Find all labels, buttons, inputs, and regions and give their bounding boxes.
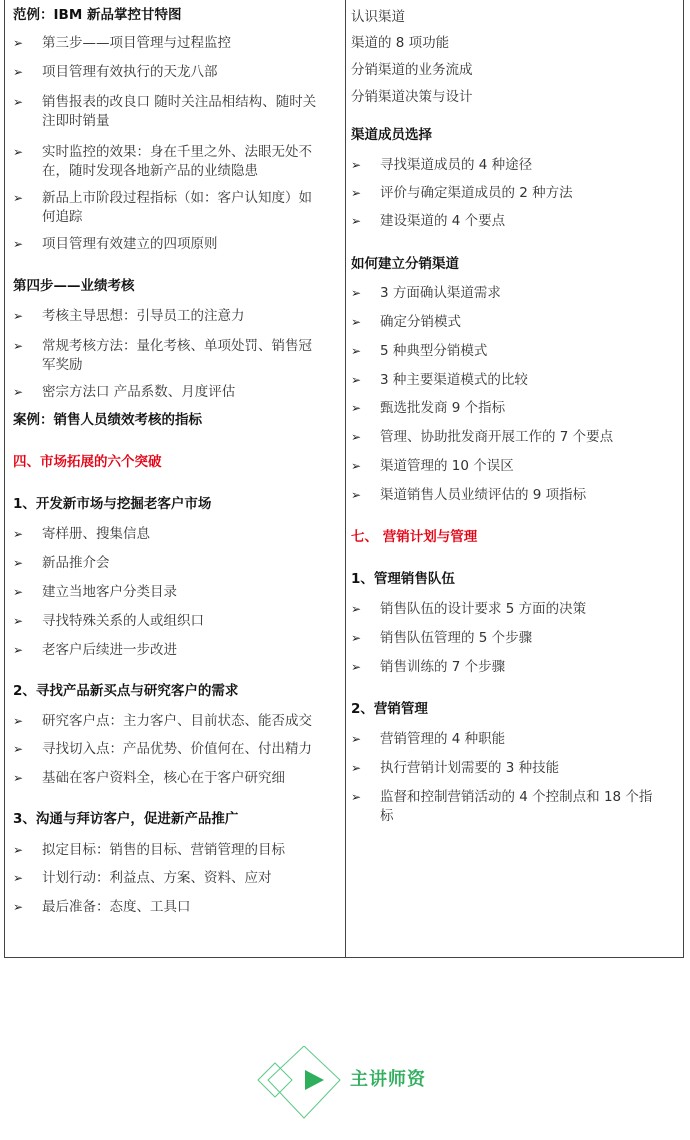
bullet-text: 执行营销计划需要的 3 种技能 xyxy=(380,760,559,776)
bullet-item: ➢确定分销模式 xyxy=(351,313,461,332)
arrow-bullet-icon: ➢ xyxy=(13,612,23,631)
bullet-text: 第三步——项目管理与过程监控 xyxy=(42,35,231,51)
bullet-text: 老客户后续进一步改进 xyxy=(42,642,177,658)
bullet-item: ➢最后准备：态度、工具口 xyxy=(13,898,191,917)
section-heading: 1、开发新市场与挖掘老客户市场 xyxy=(13,495,211,514)
arrow-bullet-icon: ➢ xyxy=(13,841,23,860)
arrow-bullet-icon: ➢ xyxy=(13,712,23,731)
arrow-bullet-icon: ➢ xyxy=(13,740,23,759)
arrow-bullet-icon: ➢ xyxy=(13,143,23,162)
bullet-item: ➢老客户后续进一步改进 xyxy=(13,641,177,660)
arrow-bullet-icon: ➢ xyxy=(351,428,361,447)
arrow-bullet-icon: ➢ xyxy=(351,284,361,303)
arrow-bullet-icon: ➢ xyxy=(13,641,23,660)
bullet-item: ➢新品推介会 xyxy=(13,554,110,573)
arrow-bullet-icon: ➢ xyxy=(351,457,361,476)
bullet-item: ➢考核主导思想：引导员工的注意力 xyxy=(13,307,245,326)
bullet-item: ➢销售报表的改良口 随时关注品相结构、随时关注即时销量 xyxy=(13,93,318,131)
bullet-item: ➢销售训练的 7 个步骤 xyxy=(351,658,505,677)
arrow-bullet-icon: ➢ xyxy=(13,383,23,402)
bullet-item: ➢计划行动：利益点、方案、资料、应对 xyxy=(13,869,272,888)
bullet-text: 考核主导思想：引导员工的注意力 xyxy=(42,308,245,324)
bullet-text: 项目管理有效执行的天龙八部 xyxy=(42,64,218,80)
bullet-text: 渠道销售人员业绩评估的 9 项指标 xyxy=(380,487,586,503)
section-heading: 2、营销管理 xyxy=(351,700,428,719)
outline-item: 分销渠道决策与设计 xyxy=(351,88,473,107)
bullet-text: 确定分销模式 xyxy=(380,314,461,330)
outline-item: 渠道的 8 项功能 xyxy=(351,34,449,53)
bullet-item: ➢建立当地客户分类目录 xyxy=(13,583,177,602)
section-heading: 如何建立分销渠道 xyxy=(351,255,459,274)
left-column: 范例：IBM 新品掌控甘特图➢第三步——项目管理与过程监控➢项目管理有效执行的天… xyxy=(5,0,346,957)
arrow-bullet-icon: ➢ xyxy=(351,759,361,778)
bullet-item: ➢渠道销售人员业绩评估的 9 项指标 xyxy=(351,486,586,505)
bullet-item: ➢销售队伍的设计要求 5 方面的决策 xyxy=(351,600,586,619)
arrow-bullet-icon: ➢ xyxy=(351,629,361,648)
bullet-item: ➢新品上市阶段过程指标（如：客户认知度）如何追踪 xyxy=(13,189,318,227)
arrow-bullet-icon: ➢ xyxy=(351,371,361,390)
outline-item: 认识渠道 xyxy=(351,8,405,27)
bullet-item: ➢第三步——项目管理与过程监控 xyxy=(13,34,231,53)
bullet-item: ➢执行营销计划需要的 3 种技能 xyxy=(351,759,559,778)
bullet-item: ➢寻找切入点：产品优势、价值何在、付出精力 xyxy=(13,740,312,759)
arrow-bullet-icon: ➢ xyxy=(13,869,23,888)
bullet-item: ➢渠道管理的 10 个误区 xyxy=(351,457,514,476)
bullet-text: 销售队伍的设计要求 5 方面的决策 xyxy=(380,601,586,617)
bullet-text: 寄样册、搜集信息 xyxy=(42,526,150,542)
arrow-bullet-icon: ➢ xyxy=(351,156,361,175)
bullet-text: 营销管理的 4 种职能 xyxy=(380,731,505,747)
bullet-item: ➢项目管理有效执行的天龙八部 xyxy=(13,63,218,82)
section-heading: 范例：IBM 新品掌控甘特图 xyxy=(13,6,181,25)
bullet-text: 拟定目标：销售的目标、营销管理的目标 xyxy=(42,842,285,858)
bullet-text: 建立当地客户分类目录 xyxy=(42,584,177,600)
arrow-bullet-icon: ➢ xyxy=(351,788,361,807)
bullet-text: 5 种典型分销模式 xyxy=(380,343,487,359)
bullet-item: ➢营销管理的 4 种职能 xyxy=(351,730,505,749)
bullet-item: ➢甄选批发商 9 个指标 xyxy=(351,399,505,418)
arrow-bullet-icon: ➢ xyxy=(13,583,23,602)
outline-item: 分销渠道的业务流成 xyxy=(351,61,473,80)
bullet-text: 销售训练的 7 个步骤 xyxy=(380,659,505,675)
bullet-text: 监督和控制营销活动的 4 个控制点和 18 个指标 xyxy=(380,789,652,824)
arrow-bullet-icon: ➢ xyxy=(13,337,23,356)
bullet-text: 销售报表的改良口 随时关注品相结构、随时关注即时销量 xyxy=(42,94,316,129)
bullet-item: ➢基础在客户资料全，核心在于客户研究细 xyxy=(13,769,285,788)
arrow-bullet-icon: ➢ xyxy=(351,600,361,619)
bullet-text: 建设渠道的 4 个要点 xyxy=(380,213,505,229)
bullet-item: ➢销售队伍管理的 5 个步骤 xyxy=(351,629,532,648)
bullet-text: 甄选批发商 9 个指标 xyxy=(380,400,505,416)
section-heading: 渠道成员选择 xyxy=(351,126,432,145)
bullet-text: 基础在客户资料全，核心在于客户研究细 xyxy=(42,770,285,786)
bullet-text: 项目管理有效建立的四项原则 xyxy=(42,236,218,252)
bullet-item: ➢实时监控的效果：身在千里之外、法眼无处不在，随时发现各地新产品的业绩隐患 xyxy=(13,143,318,181)
bullet-text: 寻找切入点：产品优势、价值何在、付出精力 xyxy=(42,741,312,757)
arrow-bullet-icon: ➢ xyxy=(351,730,361,749)
arrow-bullet-icon: ➢ xyxy=(351,486,361,505)
bullet-text: 新品推介会 xyxy=(42,555,110,571)
section-heading: 四、市场拓展的六个突破 xyxy=(13,453,162,472)
arrow-bullet-icon: ➢ xyxy=(13,93,23,112)
bullet-text: 新品上市阶段过程指标（如：客户认知度）如何追踪 xyxy=(42,190,312,225)
bullet-text: 最后准备：态度、工具口 xyxy=(42,899,191,915)
bullet-item: ➢寻找渠道成员的 4 种途径 xyxy=(351,156,532,175)
arrow-bullet-icon: ➢ xyxy=(13,235,23,254)
bullet-text: 实时监控的效果：身在千里之外、法眼无处不在，随时发现各地新产品的业绩隐患 xyxy=(42,144,312,179)
section-heading: 七、 营销计划与管理 xyxy=(351,528,477,547)
arrow-bullet-icon: ➢ xyxy=(351,399,361,418)
right-column: 认识渠道渠道的 8 项功能分销渠道的业务流成分销渠道决策与设计渠道成员选择➢寻找… xyxy=(346,0,683,957)
section-title: 主讲师资 xyxy=(350,1065,426,1091)
section-heading: 3、沟通与拜访客户，促进新产品推广 xyxy=(13,810,238,829)
course-outline-table: 范例：IBM 新品掌控甘特图➢第三步——项目管理与过程监控➢项目管理有效执行的天… xyxy=(4,0,684,958)
diamond-play-icon xyxy=(250,1046,350,1122)
section-heading: 案例：销售人员绩效考核的指标 xyxy=(13,411,202,430)
arrow-bullet-icon: ➢ xyxy=(13,63,23,82)
bullet-item: ➢管理、协助批发商开展工作的 7 个要点 xyxy=(351,428,613,447)
arrow-bullet-icon: ➢ xyxy=(351,212,361,231)
arrow-bullet-icon: ➢ xyxy=(351,313,361,332)
bullet-text: 寻找渠道成员的 4 种途径 xyxy=(380,157,532,173)
arrow-bullet-icon: ➢ xyxy=(13,307,23,326)
bullet-text: 渠道管理的 10 个误区 xyxy=(380,458,514,474)
bullet-text: 3 种主要渠道模式的比较 xyxy=(380,372,528,388)
bullet-item: ➢密宗方法口 产品系数、月度评估 xyxy=(13,383,235,402)
arrow-bullet-icon: ➢ xyxy=(13,769,23,788)
bullet-text: 研究客户点：主力客户、目前状态、能否成交 xyxy=(42,713,312,729)
bullet-text: 管理、协助批发商开展工作的 7 个要点 xyxy=(380,429,613,445)
section-heading: 2、寻找产品新买点与研究客户的需求 xyxy=(13,682,238,701)
bullet-text: 常规考核方法：量化考核、单项处罚、销售冠军奖励 xyxy=(42,338,312,373)
section-heading: 第四步——业绩考核 xyxy=(13,277,135,296)
bullet-text: 3 方面确认渠道需求 xyxy=(380,285,501,301)
bullet-text: 密宗方法口 产品系数、月度评估 xyxy=(42,384,235,400)
bullet-item: ➢拟定目标：销售的目标、营销管理的目标 xyxy=(13,841,285,860)
arrow-bullet-icon: ➢ xyxy=(351,658,361,677)
arrow-bullet-icon: ➢ xyxy=(351,342,361,361)
arrow-bullet-icon: ➢ xyxy=(13,525,23,544)
arrow-bullet-icon: ➢ xyxy=(13,34,23,53)
arrow-bullet-icon: ➢ xyxy=(13,554,23,573)
bullet-text: 计划行动：利益点、方案、资料、应对 xyxy=(42,870,272,886)
arrow-bullet-icon: ➢ xyxy=(13,898,23,917)
bullet-item: ➢常规考核方法：量化考核、单项处罚、销售冠军奖励 xyxy=(13,337,318,375)
arrow-bullet-icon: ➢ xyxy=(13,189,23,208)
bullet-text: 销售队伍管理的 5 个步骤 xyxy=(380,630,532,646)
bullet-text: 评价与确定渠道成员的 2 种方法 xyxy=(380,185,573,201)
bullet-item: ➢项目管理有效建立的四项原则 xyxy=(13,235,218,254)
bullet-item: ➢评价与确定渠道成员的 2 种方法 xyxy=(351,184,573,203)
section-header-instructors: 主讲师资 xyxy=(250,1046,450,1122)
bullet-item: ➢研究客户点：主力客户、目前状态、能否成交 xyxy=(13,712,312,731)
section-heading: 1、管理销售队伍 xyxy=(351,570,455,589)
arrow-bullet-icon: ➢ xyxy=(351,184,361,203)
bullet-item: ➢5 种典型分销模式 xyxy=(351,342,487,361)
bullet-item: ➢3 方面确认渠道需求 xyxy=(351,284,501,303)
bullet-item: ➢监督和控制营销活动的 4 个控制点和 18 个指标 xyxy=(351,788,656,826)
bullet-text: 寻找特殊关系的人或组织口 xyxy=(42,613,204,629)
bullet-item: ➢3 种主要渠道模式的比较 xyxy=(351,371,528,390)
bullet-item: ➢寻找特殊关系的人或组织口 xyxy=(13,612,204,631)
bullet-item: ➢寄样册、搜集信息 xyxy=(13,525,150,544)
bullet-item: ➢建设渠道的 4 个要点 xyxy=(351,212,505,231)
